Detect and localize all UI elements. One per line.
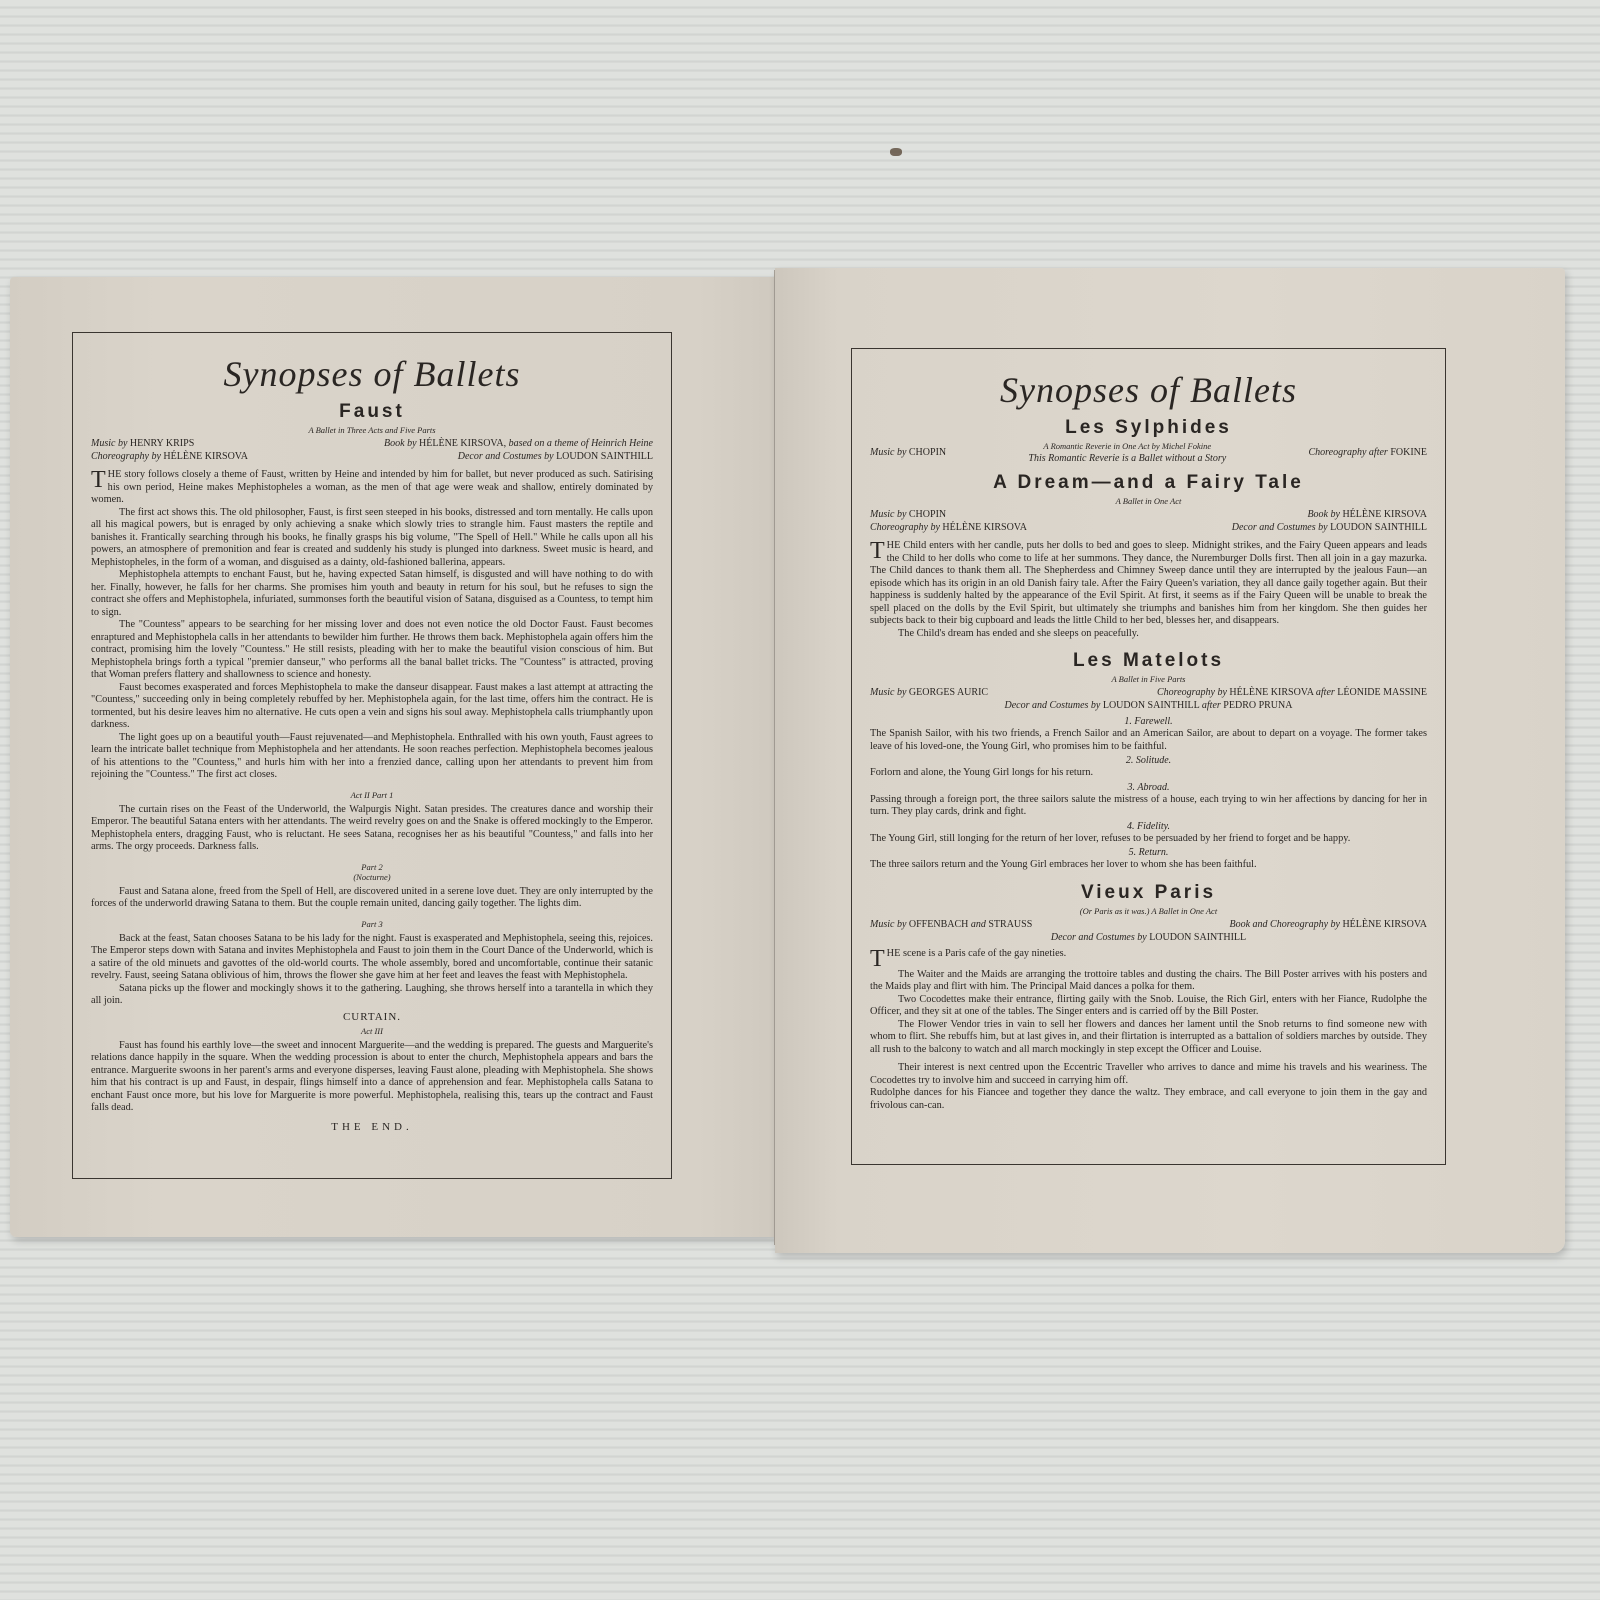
vieux-paris-synopsis: THE scene is a Paris cafe of the gay nin… <box>870 948 1427 1113</box>
credit-decor: LOUDON SAINTHILL <box>556 451 653 462</box>
credits-row: Choreography by HÉLÈNE KIRSOVA Decor and… <box>91 450 653 463</box>
credit-music: HENRY KRIPS <box>130 438 194 449</box>
paragraph: The Child's dream has ended and she slee… <box>870 628 1427 641</box>
credit-decor-after: PEDRO PRUNA <box>1223 700 1292 711</box>
credit-label: and <box>971 919 986 930</box>
credit-choreography: HÉLÈNE KIRSOVA <box>163 451 248 462</box>
paragraph: The Waiter and the Maids are arranging t… <box>870 969 1427 994</box>
credits-row: Music by CHOPIN Book by HÉLÈNE KIRSOVA <box>870 508 1427 521</box>
paragraph: Passing through a foreign port, the thre… <box>870 794 1427 819</box>
paragraph: Faust becomes exasperated and forces Mep… <box>91 682 653 732</box>
credits-row: Music by OFFENBACH and STRAUSS Book and … <box>870 918 1427 931</box>
right-page-frame: Synopses of Ballets Les Sylphides Music … <box>851 348 1446 1165</box>
credit-music: GEORGES AURIC <box>909 687 988 698</box>
credit-label: Music by <box>870 447 906 458</box>
part-label: 1. Farewell. <box>870 716 1427 727</box>
credit-label: Music by <box>870 509 906 520</box>
section-label: Part 3 <box>91 919 653 929</box>
drop-cap: T <box>870 541 885 561</box>
drop-cap: T <box>91 470 106 490</box>
ballet-title-les-sylphides: Les Sylphides <box>870 417 1427 439</box>
credits-row: Decor and Costumes by LOUDON SAINTHILL <box>870 931 1427 944</box>
credit-music: OFFENBACH <box>909 919 968 930</box>
paragraph: Faust has found his earthly love—the swe… <box>91 1040 653 1115</box>
credit-decor: LOUDON SAINTHILL <box>1149 932 1246 943</box>
left-page: Synopses of Ballets Faust A Ballet in Th… <box>10 277 775 1237</box>
ballet-subtitle: A Ballet in Three Acts and Five Parts <box>91 425 653 435</box>
credit-music-2: STRAUSS <box>988 919 1032 930</box>
dream-synopsis: THE Child enters with her candle, puts h… <box>870 540 1427 640</box>
part-label: 3. Abroad. <box>870 782 1427 793</box>
credit-label: Decor and Costumes by <box>1051 932 1147 943</box>
section-label: Act III <box>91 1026 653 1036</box>
paragraph: The Young Girl, still longing for the re… <box>870 833 1427 846</box>
ballet-title-les-matelots: Les Matelots <box>870 650 1427 672</box>
paragraph: THE story follows closely a theme of Fau… <box>91 469 653 507</box>
credit-label: Choreography by <box>1157 687 1227 698</box>
paragraph: The light goes up on a beautiful youth—F… <box>91 732 653 782</box>
credit-choreography: HÉLÈNE KIRSOVA <box>942 522 1027 533</box>
ballet-title-faust: Faust <box>91 401 653 423</box>
section-label: Act II Part 1 <box>91 790 653 800</box>
left-page-frame: Synopses of Ballets Faust A Ballet in Th… <box>72 332 672 1179</box>
credit-book: HÉLÈNE KIRSOVA, <box>419 438 506 449</box>
credit-label: Decor and Costumes by <box>1232 522 1328 533</box>
ballet-title-vieux-paris: Vieux Paris <box>870 882 1427 904</box>
credit-music: CHOPIN <box>909 447 946 458</box>
paragraph: THE scene is a Paris cafe of the gay nin… <box>870 948 1427 961</box>
surface-speck <box>890 148 902 156</box>
credit-label: Music by <box>870 919 906 930</box>
credit-book: HÉLÈNE KIRSOVA <box>1342 919 1427 930</box>
credit-label: Book and Choreography by <box>1230 919 1340 930</box>
ballet-title-dream: A Dream—and a Fairy Tale <box>870 472 1427 494</box>
credit-label: Choreography by <box>91 451 161 462</box>
credit-label: Choreography after <box>1308 447 1387 458</box>
credits-row: Decor and Costumes by LOUDON SAINTHILL a… <box>870 699 1427 712</box>
right-page: Synopses of Ballets Les Sylphides Music … <box>775 268 1565 1253</box>
ballet-subtitle: A Ballet in One Act <box>870 496 1427 506</box>
credit-decor: LOUDON SAINTHILL <box>1103 700 1200 711</box>
credits-row: Music by GEORGES AURIC Choreography by H… <box>870 686 1427 699</box>
paragraph: The "Countess" appears to be searching f… <box>91 619 653 682</box>
drop-cap: T <box>870 949 885 969</box>
paragraph: Back at the feast, Satan chooses Satana … <box>91 933 653 983</box>
credit-label: after <box>1316 687 1335 698</box>
credits-row: Music by HENRY KRIPS Book by HÉLÈNE KIRS… <box>91 437 653 450</box>
part-label: 4. Fidelity. <box>870 821 1427 832</box>
part-label: 5. Return. <box>870 847 1427 858</box>
paragraph: The Spanish Sailor, with his two friends… <box>870 728 1427 753</box>
credits-row: Music by CHOPIN A Romantic Reverie in On… <box>870 439 1427 466</box>
matelots-synopsis: 1. Farewell. The Spanish Sailor, with hi… <box>870 716 1427 872</box>
credit-decor: LOUDON SAINTHILL <box>1330 522 1427 533</box>
page-title: Synopses of Ballets <box>91 353 653 395</box>
credit-label: Choreography by <box>870 522 940 533</box>
paragraph: The curtain rises on the Feast of the Un… <box>91 804 653 854</box>
credits-row: Choreography by HÉLÈNE KIRSOVA Decor and… <box>870 521 1427 534</box>
paragraph: THE Child enters with her candle, puts h… <box>870 540 1427 628</box>
credit-label: Music by <box>870 687 906 698</box>
the-end-label: THE END. <box>91 1121 653 1133</box>
paragraph-text: HE story follows closely a theme of Faus… <box>91 469 653 505</box>
credit-choreography: FOKINE <box>1390 447 1427 458</box>
paragraph: Satana picks up the flower and mockingly… <box>91 983 653 1008</box>
credit-label: after <box>1202 700 1221 711</box>
credit-label: Decor and Costumes by <box>1005 700 1101 711</box>
ballet-subtitle: A Ballet in Five Parts <box>870 674 1427 684</box>
paragraph: The Flower Vendor tries in vain to sell … <box>870 1019 1427 1057</box>
curtain-label: CURTAIN. <box>91 1011 653 1023</box>
ballet-subtitle: (Or Paris as it was.) A Ballet in One Ac… <box>870 906 1427 916</box>
paragraph-text: HE scene is a Paris cafe of the gay nine… <box>887 948 1067 959</box>
credit-book: HÉLÈNE KIRSOVA <box>1342 509 1427 520</box>
ballet-note: This Romantic Reverie is a Ballet withou… <box>1028 453 1226 464</box>
credit-music: CHOPIN <box>909 509 946 520</box>
ballet-subtitle: A Romantic Reverie in One Act by Michel … <box>1028 441 1226 451</box>
faust-synopsis: THE story follows closely a theme of Fau… <box>91 469 653 1133</box>
paragraph: Rudolphe dances for his Fiancee and toge… <box>870 1087 1427 1112</box>
paragraph-text: HE Child enters with her candle, puts he… <box>870 540 1427 626</box>
paragraph: Mephistophela attempts to enchant Faust,… <box>91 569 653 619</box>
paragraph: Their interest is next centred upon the … <box>870 1062 1427 1087</box>
paragraph: The first act shows this. The old philos… <box>91 507 653 570</box>
credit-label: Decor and Costumes by <box>458 451 554 462</box>
credit-label: Book by <box>384 438 417 449</box>
section-sublabel: (Nocturne) <box>91 872 653 882</box>
paragraph: Two Cocodettes make their entrance, flir… <box>870 994 1427 1019</box>
credit-label: Book by <box>1307 509 1340 520</box>
part-label: 2. Solitude. <box>870 755 1427 766</box>
paragraph: Forlorn and alone, the Young Girl longs … <box>870 767 1427 780</box>
credit-label: Music by <box>91 438 127 449</box>
paragraph: The three sailors return and the Young G… <box>870 859 1427 872</box>
credit-note: based on a theme of Heinrich Heine <box>509 438 653 449</box>
credit-choreography: HÉLÈNE KIRSOVA <box>1229 687 1313 698</box>
paragraph: Faust and Satana alone, freed from the S… <box>91 886 653 911</box>
section-label: Part 2 <box>91 862 653 872</box>
credit-choreography-after: LÉONIDE MASSINE <box>1337 687 1427 698</box>
page-title: Synopses of Ballets <box>870 369 1427 411</box>
